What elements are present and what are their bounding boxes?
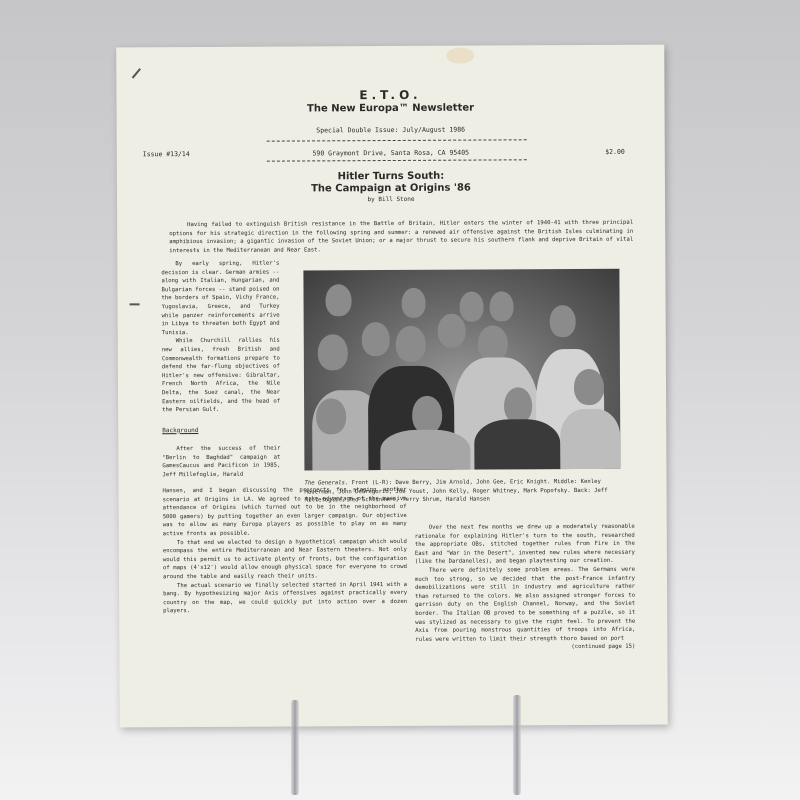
stand-leg-left xyxy=(291,700,299,795)
person-silhouette xyxy=(318,334,348,370)
dashed-rule-bottom xyxy=(267,159,527,161)
intro-paragraph: Having failed to extinguish British resi… xyxy=(169,219,633,256)
person-silhouette xyxy=(478,325,508,361)
person-silhouette xyxy=(560,409,620,471)
person-silhouette xyxy=(460,292,484,322)
person-silhouette xyxy=(550,305,576,337)
person-silhouette xyxy=(380,430,470,471)
column-a-paragraph: The actual scenario we finally selected … xyxy=(163,580,407,616)
byline: by Bill Stone xyxy=(117,195,665,205)
person-silhouette xyxy=(490,291,514,321)
person-silhouette xyxy=(362,322,390,356)
newsletter-subtitle: The New Europa™ Newsletter xyxy=(117,102,665,116)
newsletter-page: E.T.O. The New Europa™ Newsletter Specia… xyxy=(116,45,668,728)
person-silhouette xyxy=(438,314,466,348)
stand-leg-right xyxy=(513,695,521,795)
newsletter-title: E.T.O. xyxy=(116,87,664,104)
price: $2.00 xyxy=(605,148,625,156)
column-b-paragraph: Over the next few months we drew up a mo… xyxy=(415,523,635,567)
background-heading: Background xyxy=(162,426,280,435)
column-b-paragraph: There were definitely some problem areas… xyxy=(415,566,635,644)
person-silhouette xyxy=(396,326,426,362)
left-paragraph: By early spring, Hitler's decision is cl… xyxy=(161,260,279,338)
column-a: Hansen, and I began discussing the prosp… xyxy=(163,486,408,616)
staple-mark xyxy=(132,68,141,79)
person-silhouette xyxy=(401,288,425,318)
group-photo xyxy=(303,269,620,471)
left-column: By early spring, Hitler's decision is cl… xyxy=(161,260,280,480)
continued-note: (continued page 15) xyxy=(415,643,635,653)
paper-stain xyxy=(446,48,474,64)
person-silhouette xyxy=(574,369,604,405)
background-intro: After the success of their "Berlin to Ba… xyxy=(162,445,280,480)
person-silhouette xyxy=(316,398,346,434)
special-issue-label: Special Double Issue: July/August 1986 xyxy=(117,125,665,136)
masthead: E.T.O. The New Europa™ Newsletter xyxy=(116,87,664,116)
column-b: Over the next few months we drew up a mo… xyxy=(415,523,636,653)
left-paragraph: While Churchill rallies his new allies, … xyxy=(162,337,280,415)
article-headline: Hitler Turns South: The Campaign at Orig… xyxy=(117,170,665,197)
punch-mark xyxy=(130,303,140,305)
column-a-paragraph: Hansen, and I began discussing the prosp… xyxy=(163,486,407,539)
person-silhouette xyxy=(474,419,560,470)
dashed-rule-top xyxy=(267,139,527,141)
person-silhouette xyxy=(504,387,532,423)
publisher-address: 590 Graymont Drive, Santa Rosa, CA 95405 xyxy=(117,148,665,159)
column-a-paragraph: To that end we elected to design a hypot… xyxy=(163,537,407,581)
person-silhouette xyxy=(412,396,442,434)
person-silhouette xyxy=(325,284,351,316)
